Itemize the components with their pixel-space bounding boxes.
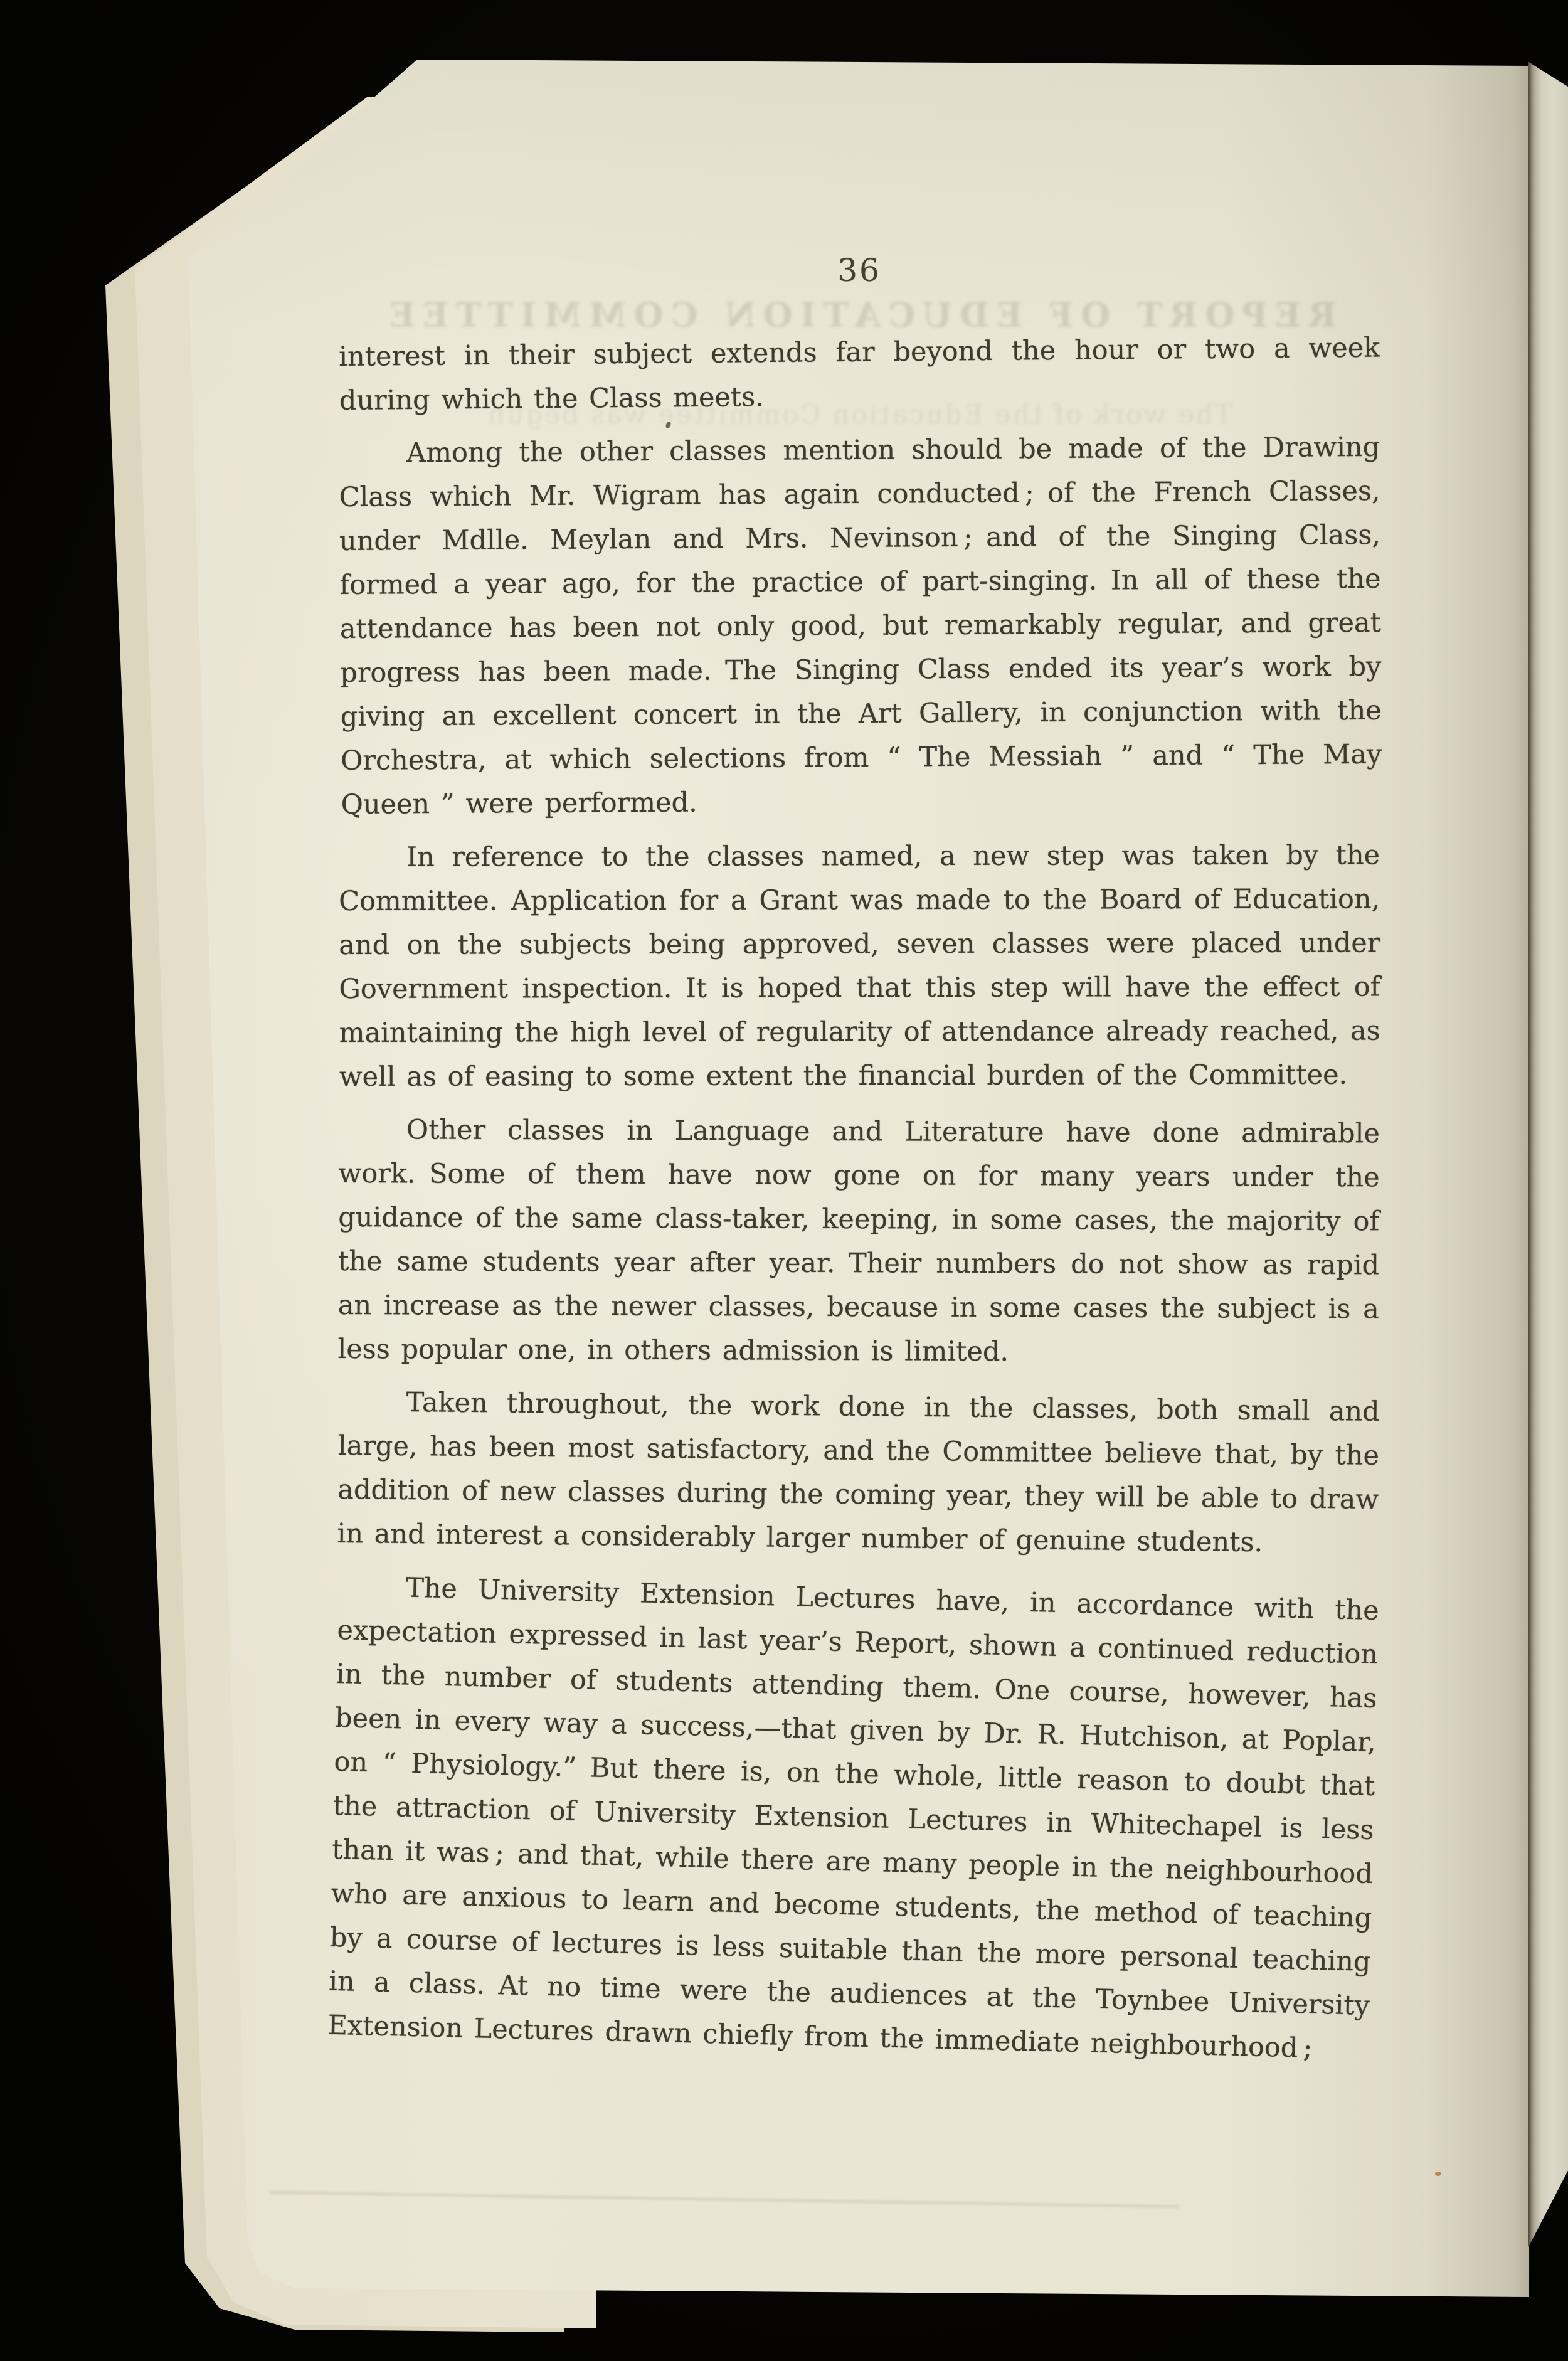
facing-page-edge (1528, 55, 1568, 2301)
fold-crease (270, 2192, 1179, 2208)
page-number: 36 (339, 252, 1380, 289)
page-text: interest in their subject extends far be… (339, 335, 1380, 2056)
paper-speck (1435, 2172, 1441, 2176)
paragraph: The University Extension Lectures have, … (327, 1564, 1380, 2072)
paragraph: Taken throughout, the work done in the c… (337, 1380, 1380, 1566)
photo-background: REPORT OF EDUCATION COMMITTEE The work o… (0, 0, 1568, 2361)
paragraph: interest in their subject extends far be… (339, 326, 1380, 423)
paragraph: Among the other classes mention should b… (339, 425, 1382, 827)
paragraph: Other classes in Language and Literature… (337, 1108, 1380, 1375)
paragraph: In reference to the classes named, a new… (339, 834, 1380, 1099)
